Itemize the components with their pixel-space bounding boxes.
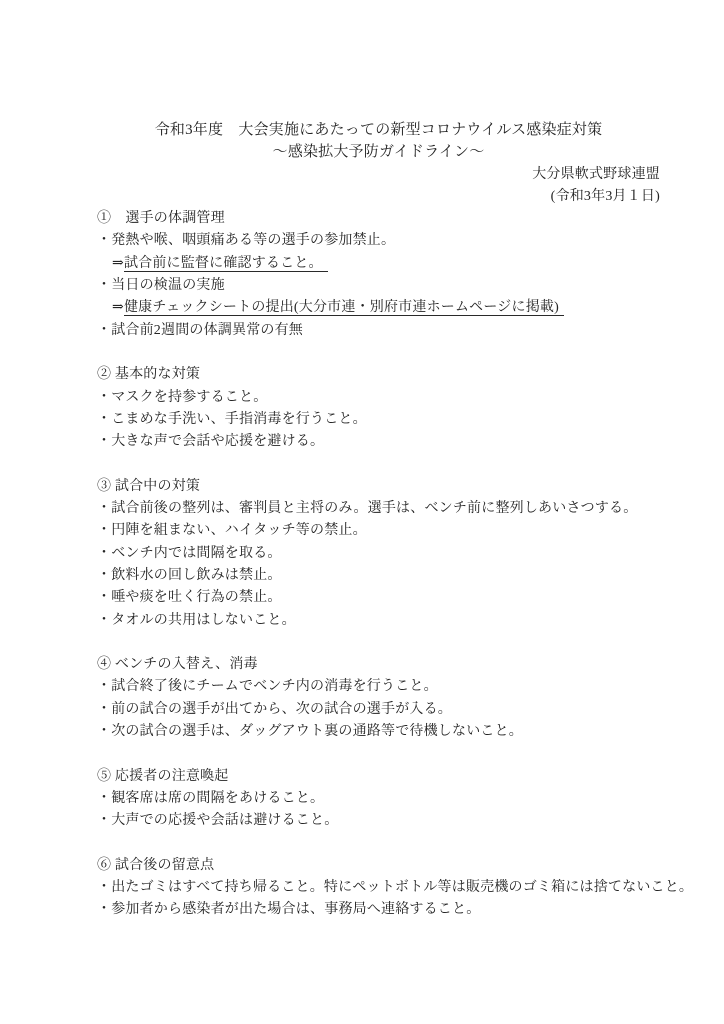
bullet-item: ・飲料水の回し飲みは禁止。: [97, 565, 660, 587]
section: ① 選手の体調管理・発熱や喉、咽頭痛ある等の選手の参加禁止。⇒試合前に監督に確認…: [97, 208, 660, 342]
item-text: ・大声での応援や会話は避けること。: [97, 813, 338, 828]
doc-subtitle: ～感染拡大予防ガイドライン～: [97, 141, 660, 163]
bullet-item: ・試合終了後にチームでベンチ内の消毒を行うこと。: [97, 676, 660, 698]
item-text: ・飲料水の回し飲みは禁止。: [97, 568, 282, 583]
item-text: 試合前に監督に確認すること。: [124, 256, 328, 272]
item-text: ・発熱や喉、咽頭痛ある等の選手の参加禁止。: [97, 233, 395, 248]
section-spacer: [97, 342, 660, 364]
section: ④ ベンチの入替え、消毒・試合終了後にチームでベンチ内の消毒を行うこと。・前の試…: [97, 654, 660, 743]
document-page: 令和3年度 大会実施にあたっての新型コロナウイルス感染症対策 ～感染拡大予防ガイ…: [0, 0, 724, 1024]
item-text: ・前の試合の選手が出てから、次の試合の選手が入る。: [97, 702, 452, 717]
section: ③ 試合中の対策・試合前後の整列は、審判員と主将のみ。選手は、ベンチ前に整列しあ…: [97, 476, 660, 632]
bullet-item: ・参加者から感染者が出た場合は、事務局へ連絡すること。: [97, 899, 660, 921]
bullet-item: ・マスクを持参すること。: [97, 387, 660, 409]
section-heading: ① 選手の体調管理: [97, 208, 660, 230]
bullet-item: ・当日の検温の実施: [97, 275, 660, 297]
bullet-item: ・前の試合の選手が出てから、次の試合の選手が入る。: [97, 699, 660, 721]
section-spacer: [97, 632, 660, 654]
sections: ① 選手の体調管理・発熱や喉、咽頭痛ある等の選手の参加禁止。⇒試合前に監督に確認…: [97, 208, 660, 922]
arrow-item: ⇒健康チェックシートの提出(大分市連・別府市連ホームページに掲載): [97, 297, 660, 319]
section: ⑥ 試合後の留意点・出たゴミはすべて持ち帰ること。特にペットボトル等は販売機のゴ…: [97, 855, 660, 922]
bullet-item: ・円陣を組まない、ハイタッチ等の禁止。: [97, 520, 660, 542]
item-text: ・こまめな手洗い、手指消毒を行うこと。: [97, 412, 367, 427]
section: ② 基本的な対策・マスクを持参すること。・こまめな手洗い、手指消毒を行うこと。・…: [97, 364, 660, 453]
item-text: ・観客席は席の間隔をあけること。: [97, 791, 324, 806]
item-text: ・タオルの共用はしないこと。: [97, 613, 296, 628]
item-text: ・唾や痰を吐く行為の禁止。: [97, 590, 282, 605]
item-text: ・ベンチ内では間隔を取る。: [97, 546, 282, 561]
arrow-icon: ⇒: [112, 300, 124, 315]
bullet-item: ・唾や痰を吐く行為の禁止。: [97, 587, 660, 609]
section-heading: ② 基本的な対策: [97, 364, 660, 386]
item-text: ・大きな声で会話や応援を避ける。: [97, 434, 324, 449]
bullet-item: ・出たゴミはすべて持ち帰ること。特にペットボトル等は販売機のゴミ箱には捨てないこ…: [97, 877, 660, 899]
org-name: 大分県軟式野球連盟: [97, 164, 660, 186]
item-text: ・試合前2週間の体調異常の有無: [97, 323, 303, 338]
item-text: ・試合前後の整列は、審判員と主将のみ。選手は、ベンチ前に整列しあいさつする。: [97, 501, 637, 516]
bullet-item: ・観客席は席の間隔をあけること。: [97, 788, 660, 810]
document-content: 令和3年度 大会実施にあたっての新型コロナウイルス感染症対策 ～感染拡大予防ガイ…: [97, 119, 660, 922]
doc-date: (令和3年3月１日): [97, 186, 660, 208]
bullet-item: ・ベンチ内では間隔を取る。: [97, 543, 660, 565]
item-text: 健康チェックシートの提出(大分市連・別府市連ホームページに掲載): [124, 300, 564, 316]
item-text: ・マスクを持参すること。: [97, 390, 267, 405]
section-heading: ③ 試合中の対策: [97, 476, 660, 498]
item-text: ・円陣を組まない、ハイタッチ等の禁止。: [97, 523, 367, 538]
item-text: ・試合終了後にチームでベンチ内の消毒を行うこと。: [97, 679, 438, 694]
bullet-item: ・大声での応援や会話は避けること。: [97, 810, 660, 832]
section-heading: ⑤ 応援者の注意喚起: [97, 766, 660, 788]
arrow-item: ⇒試合前に監督に確認すること。: [97, 253, 660, 275]
section-spacer: [97, 743, 660, 765]
bullet-item: ・発熱や喉、咽頭痛ある等の選手の参加禁止。: [97, 230, 660, 252]
section-spacer: [97, 453, 660, 475]
bullet-item: ・タオルの共用はしないこと。: [97, 610, 660, 632]
section-spacer: [97, 833, 660, 855]
doc-title: 令和3年度 大会実施にあたっての新型コロナウイルス感染症対策: [97, 119, 660, 141]
bullet-item: ・大きな声で会話や応援を避ける。: [97, 431, 660, 453]
bullet-item: ・試合前2週間の体調異常の有無: [97, 320, 660, 342]
item-text: ・出たゴミはすべて持ち帰ること。特にペットボトル等は販売機のゴミ箱には捨てないこ…: [97, 880, 693, 895]
item-text: ・当日の検温の実施: [97, 278, 225, 293]
bullet-item: ・次の試合の選手は、ダッグアウト裏の通路等で待機しないこと。: [97, 721, 660, 743]
section-heading: ④ ベンチの入替え、消毒: [97, 654, 660, 676]
section-heading: ⑥ 試合後の留意点: [97, 855, 660, 877]
item-text: ・次の試合の選手は、ダッグアウト裏の通路等で待機しないこと。: [97, 724, 523, 739]
section: ⑤ 応援者の注意喚起・観客席は席の間隔をあけること。・大声での応援や会話は避ける…: [97, 766, 660, 833]
bullet-item: ・試合前後の整列は、審判員と主将のみ。選手は、ベンチ前に整列しあいさつする。: [97, 498, 660, 520]
arrow-icon: ⇒: [112, 256, 124, 271]
bullet-item: ・こまめな手洗い、手指消毒を行うこと。: [97, 409, 660, 431]
item-text: ・参加者から感染者が出た場合は、事務局へ連絡すること。: [97, 902, 480, 917]
